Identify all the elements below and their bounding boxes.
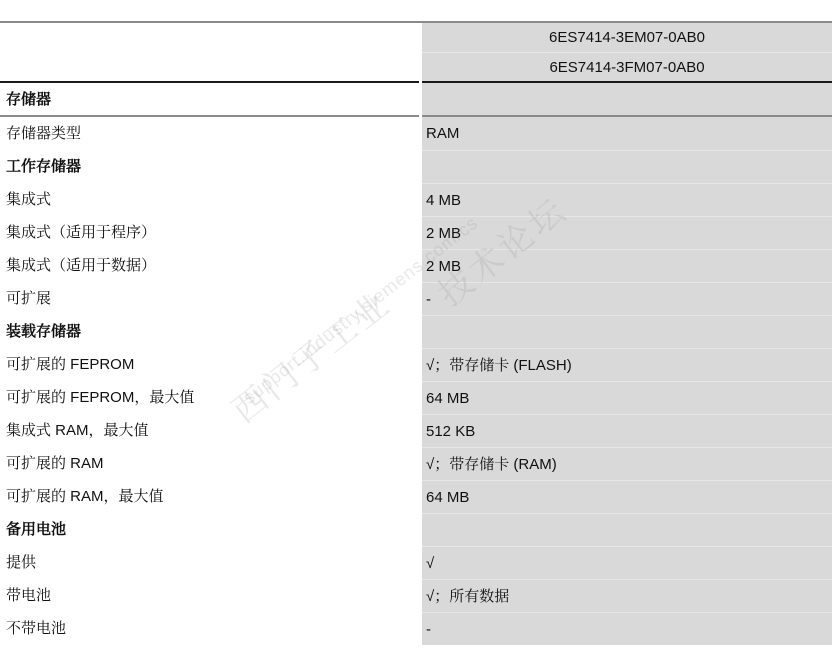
row-label: 带电池: [0, 579, 419, 612]
row-label: 集成式: [0, 183, 419, 216]
section-value-empty: [422, 513, 832, 546]
header-left-empty: [0, 23, 419, 81]
row-value: √: [422, 546, 832, 579]
row-value: 512 KB: [422, 414, 832, 447]
order-number-header: 6ES7414-3EM07-0AB0 6ES7414-3FM07-0AB0: [422, 23, 832, 81]
row-label: 集成式 RAM，最大值: [0, 414, 419, 447]
row-label: 集成式（适用于程序）: [0, 216, 419, 249]
spec-table: 6ES7414-3EM07-0AB0 6ES7414-3FM07-0AB0 存储…: [0, 21, 832, 645]
table-row: 可扩展的 RAM √；带存储卡 (RAM): [0, 447, 832, 480]
row-value: √；带存储卡 (FLASH): [422, 348, 832, 381]
row-value: 2 MB: [422, 249, 832, 282]
section-row-load-memory: 装载存储器: [0, 315, 832, 348]
section-value-empty: [422, 150, 832, 183]
order-number-1: 6ES7414-3EM07-0AB0: [422, 23, 832, 52]
row-value: 64 MB: [422, 480, 832, 513]
table-row: 可扩展 -: [0, 282, 832, 315]
row-label: 可扩展的 RAM: [0, 447, 419, 480]
order-number-2: 6ES7414-3FM07-0AB0: [422, 52, 832, 81]
table-header: 6ES7414-3EM07-0AB0 6ES7414-3FM07-0AB0: [0, 23, 832, 81]
section-row-backup-battery: 备用电池: [0, 513, 832, 546]
section-title: 工作存储器: [0, 150, 419, 183]
row-label: 可扩展的 RAM，最大值: [0, 480, 419, 513]
row-label: 提供: [0, 546, 419, 579]
section-title: 装载存储器: [0, 315, 419, 348]
row-label: 可扩展的 FEPROM: [0, 348, 419, 381]
section-title: 备用电池: [0, 513, 419, 546]
table-row: 集成式 4 MB: [0, 183, 832, 216]
table-row: 集成式（适用于数据） 2 MB: [0, 249, 832, 282]
section-row-work-memory: 工作存储器: [0, 150, 832, 183]
row-label: 集成式（适用于数据）: [0, 249, 419, 282]
table-row: 可扩展的 RAM，最大值 64 MB: [0, 480, 832, 513]
row-label: 可扩展: [0, 282, 419, 315]
table-row: 存储器类型 RAM: [0, 117, 832, 150]
row-label: 不带电池: [0, 612, 419, 645]
table-row: 可扩展的 FEPROM √；带存储卡 (FLASH): [0, 348, 832, 381]
row-value: -: [422, 282, 832, 315]
section-row-memory: 存储器: [0, 83, 832, 115]
row-value: 2 MB: [422, 216, 832, 249]
row-label: 存储器类型: [0, 117, 419, 150]
table-row: 集成式 RAM，最大值 512 KB: [0, 414, 832, 447]
row-value: 4 MB: [422, 183, 832, 216]
table-row: 不带电池 -: [0, 612, 832, 645]
row-value: √；带存储卡 (RAM): [422, 447, 832, 480]
table-row: 可扩展的 FEPROM，最大值 64 MB: [0, 381, 832, 414]
section-title: 存储器: [0, 83, 419, 115]
table-row: 集成式（适用于程序） 2 MB: [0, 216, 832, 249]
section-value-empty: [422, 83, 832, 115]
row-value: √；所有数据: [422, 579, 832, 612]
row-value: 64 MB: [422, 381, 832, 414]
row-value: RAM: [422, 117, 832, 150]
row-label: 可扩展的 FEPROM，最大值: [0, 381, 419, 414]
table-row: 带电池 √；所有数据: [0, 579, 832, 612]
table-row: 提供 √: [0, 546, 832, 579]
section-value-empty: [422, 315, 832, 348]
row-value: -: [422, 612, 832, 645]
